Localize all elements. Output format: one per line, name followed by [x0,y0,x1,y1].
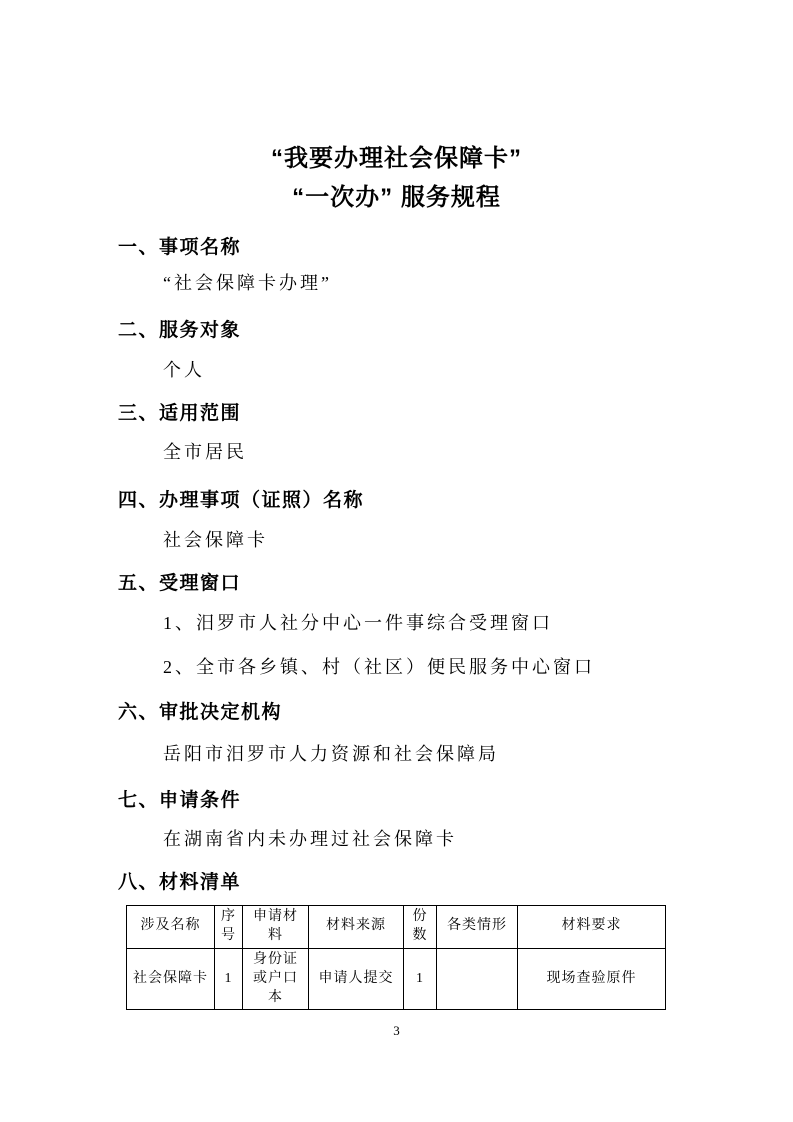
section-heading-1: 一、事项名称 [118,236,241,260]
section-body-6: 岳阳市汨罗市人力资源和社会保障局 [163,743,499,766]
section-heading-4: 四、办理事项（证照）名称 [118,489,364,513]
section-heading-5: 五、受理窗口 [118,572,241,596]
header-cell-material-requirement: 材料要求 [518,906,666,949]
cell-application-material: 身份证或户口本 [243,948,309,1010]
page-number: 3 [0,1023,793,1039]
section-heading-8: 八、材料清单 [118,871,241,895]
cell-involved-name: 社会保障卡 [127,948,215,1010]
section-body-5-item-1: 1、汨罗市人社分中心一件事综合受理窗口 [163,612,553,635]
header-cell-copies: 份数 [404,906,437,949]
materials-table: 涉及名称 序号 申请材料 材料来源 份数 各类情形 材料要求 社会保障卡 1 身… [126,905,666,1010]
section-body-3: 全市居民 [163,441,247,464]
materials-table-row: 社会保障卡 1 身份证或户口本 申请人提交 1 现场查验原件 [127,948,666,1010]
document-title-line-1: “我要办理社会保障卡” [0,144,793,174]
cell-material-requirement: 现场查验原件 [518,948,666,1010]
cell-serial-number: 1 [215,948,243,1010]
section-heading-3: 三、适用范围 [118,402,241,426]
section-body-4: 社会保障卡 [163,529,268,552]
header-cell-involved-name: 涉及名称 [127,906,215,949]
document-page: “我要办理社会保障卡” “一次办” 服务规程 一、事项名称 “社会保障卡办理” … [0,0,793,1122]
section-heading-6: 六、审批决定机构 [118,701,282,725]
section-heading-2: 二、服务对象 [118,319,241,343]
section-body-2: 个人 [163,359,205,382]
cell-situations [437,948,518,1010]
section-body-1: “社会保障卡办理” [163,272,332,295]
header-cell-application-material: 申请材料 [243,906,309,949]
cell-material-source: 申请人提交 [309,948,404,1010]
header-cell-material-source: 材料来源 [309,906,404,949]
header-cell-situations: 各类情形 [437,906,518,949]
materials-table-header-row: 涉及名称 序号 申请材料 材料来源 份数 各类情形 材料要求 [127,906,666,949]
section-body-5-item-2: 2、全市各乡镇、村（社区）便民服务中心窗口 [163,656,595,679]
cell-copies: 1 [404,948,437,1010]
section-heading-7: 七、申请条件 [118,789,241,813]
document-title-line-2: “一次办” 服务规程 [0,183,793,213]
header-cell-serial-number: 序号 [215,906,243,949]
section-body-7: 在湖南省内未办理过社会保障卡 [163,828,457,851]
